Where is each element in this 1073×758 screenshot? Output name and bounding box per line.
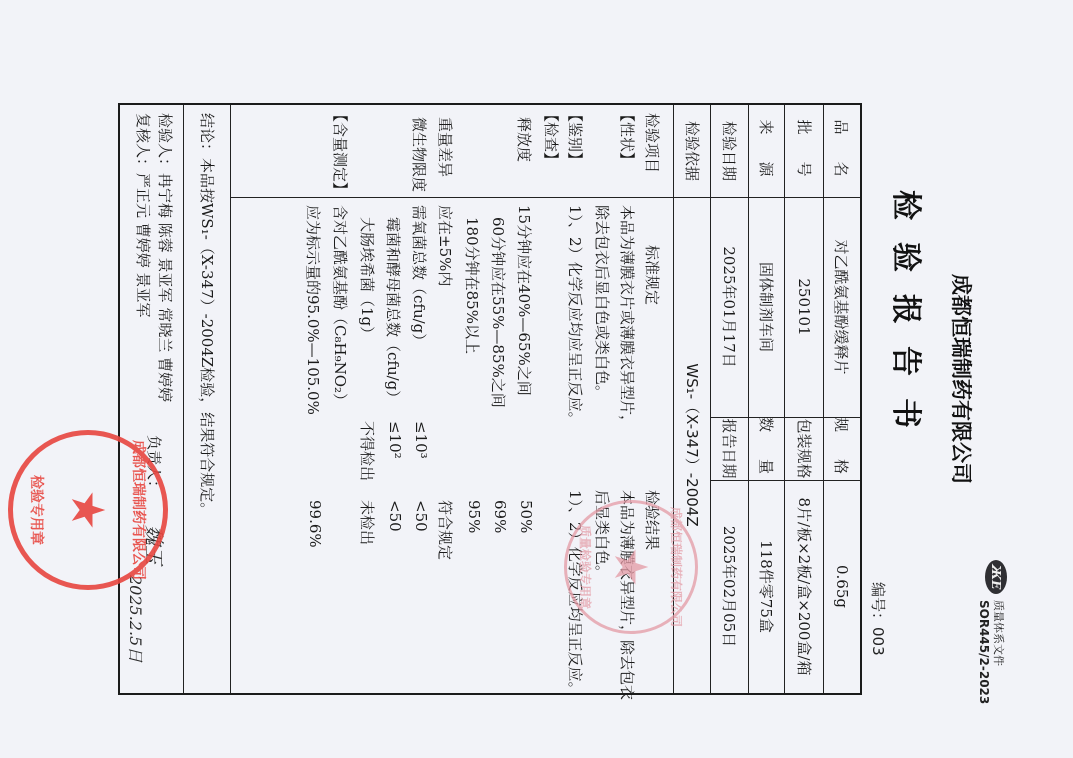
conclusion-text: 本品按WS₁-（X-347）-2004Z检验，结果符合规定。 [198, 158, 216, 517]
label-test-date: 检验日期 [711, 105, 749, 197]
inspection-stamp-bottom: 检验专用章 [27, 475, 47, 545]
test-result: <50 [412, 500, 430, 532]
test-result: 99.6% [306, 500, 324, 548]
reviewer-names: 严正元 曹婷婷 景亚军 [134, 173, 152, 318]
value-product-name: 对乙酰氨基酚缓释片 [824, 197, 860, 417]
test-standard: 大肠埃希菌（1g） [357, 217, 378, 341]
inspection-report-page: ЖЕ 质量体系文件 SOR445/2-2023 成都恒瑞制药有限公司 检验报告书… [0, 0, 1073, 758]
col-item-header: 检验项目 [642, 113, 663, 173]
company-name: 成都恒瑞制药有限公司 [947, 0, 977, 758]
test-standard: 15分钟应在40%—65%之间 [514, 205, 535, 396]
test-result: 69% [491, 500, 509, 533]
conclusion: 结论：本品按WS₁-（X-347）-2004Z检验，结果符合规定。 [197, 113, 218, 517]
inspection-stamp: ★ 成都恒瑞制药有限公司 检验专用章 [8, 430, 168, 590]
test-item-label: 微生物限度 [409, 117, 430, 192]
serial-value: 003 [869, 627, 887, 656]
test-item-label: 【含量测定】 [330, 107, 351, 197]
value-test-date: 2025年01月17日 [711, 197, 749, 417]
test-item-label: 释放度 [514, 117, 535, 162]
value-report-date: 2025年02月05日 [711, 480, 749, 693]
test-result: <50 [386, 500, 404, 532]
test-result: 95% [465, 500, 483, 533]
label-spec: 规 格 [824, 417, 860, 480]
reviewer-label: 复核人： [134, 113, 152, 173]
value-quantity: 118件零75盒 [749, 480, 785, 693]
label-product-name: 品 名 [824, 105, 860, 197]
label-basis: 检验依据 [674, 105, 711, 197]
value-spec: 0.65g [824, 480, 860, 693]
inspector-label: 检验人： [156, 113, 174, 173]
label-quantity: 数 量 [749, 417, 785, 480]
serial-number: 编号：003 [868, 582, 889, 656]
inspector-names: 冉宁梅 陈蓉 景亚军 常晓兰 曹婷婷 [156, 173, 174, 402]
test-item-label: 【检查】 [541, 107, 562, 167]
signature-date: 2025.2.5日 [125, 575, 148, 662]
quality-stamp: ★ 成都恒瑞制药有限公司 质量检验专用章 [564, 500, 698, 634]
test-limit: 不得检出 [357, 421, 378, 481]
col-standard-header: 标准规定 [642, 245, 663, 305]
test-standard: 本品为薄膜衣片或薄膜衣异型片， [617, 205, 638, 430]
test-standard: 应为标示量的95.0%—105.0% [303, 205, 324, 415]
test-result: 符合规定 [435, 500, 456, 560]
inspectors-line: 检验人：冉宁梅 陈蓉 景亚军 常晓兰 曹婷婷 [155, 113, 176, 402]
test-standard: 60分钟应在55%—85%之间 [488, 217, 509, 408]
quality-stamp-bottom: 质量检验专用章 [577, 525, 594, 609]
reviewers-line: 复核人：严正元 曹婷婷 景亚军 [133, 113, 154, 318]
label-source: 来 源 [749, 105, 785, 197]
test-item-label: 【鉴别】 [565, 107, 586, 167]
value-package: 8片/板×2板/盒×200盒/箱 [785, 480, 824, 693]
test-result: 50% [517, 500, 535, 533]
test-standard: 180分钟在85%以上 [462, 217, 483, 354]
test-standard: 1）、2）化学反应均应呈正反应。 [565, 205, 586, 427]
test-standard: 含对乙酰氨基酚（C₈H₉NO₂） [330, 205, 351, 408]
label-package: 包装规格 [785, 417, 824, 480]
label-batch: 批 号 [785, 105, 824, 197]
test-result: 未检出 [357, 500, 378, 545]
value-batch: 250101 [785, 197, 824, 417]
label-report-date: 报告日期 [711, 417, 749, 480]
value-source: 固体制剂车间 [749, 197, 785, 417]
quality-stamp-text: 成都恒瑞制药有限公司 [668, 507, 685, 627]
star-icon: ★ [65, 489, 111, 530]
test-limit: ≤10³ [412, 421, 430, 459]
conclusion-label: 结论： [198, 113, 216, 158]
test-standard: 需氧菌总数（cfu/g） [409, 205, 430, 348]
star-icon: ★ [608, 546, 654, 587]
test-item-label: 【性状】 [617, 107, 638, 167]
test-standard: 霉菌和酵母菌总数（cfu/g） [383, 217, 404, 405]
quality-system-label: 质量体系文件 [991, 600, 1007, 666]
quality-system-code: SOR445/2-2023 [977, 600, 991, 704]
test-item-label: 重量差异 [435, 117, 456, 177]
test-standard: 应在±5%内 [435, 205, 456, 286]
report-title: 检验报告书 [887, 0, 931, 640]
test-limit: ≤10² [386, 421, 404, 459]
inspection-stamp-text: 成都恒瑞制药有限公司 [129, 440, 149, 580]
report-table: 品 名 对乙酰氨基酚缓释片 规 格 0.65g 批 号 250101 包装规格 … [118, 103, 862, 695]
serial-label: 编号： [869, 582, 887, 627]
test-standard: 除去包衣后显白色或类白色。 [592, 205, 613, 400]
quality-system-logo-icon: ЖЕ [985, 560, 1007, 594]
